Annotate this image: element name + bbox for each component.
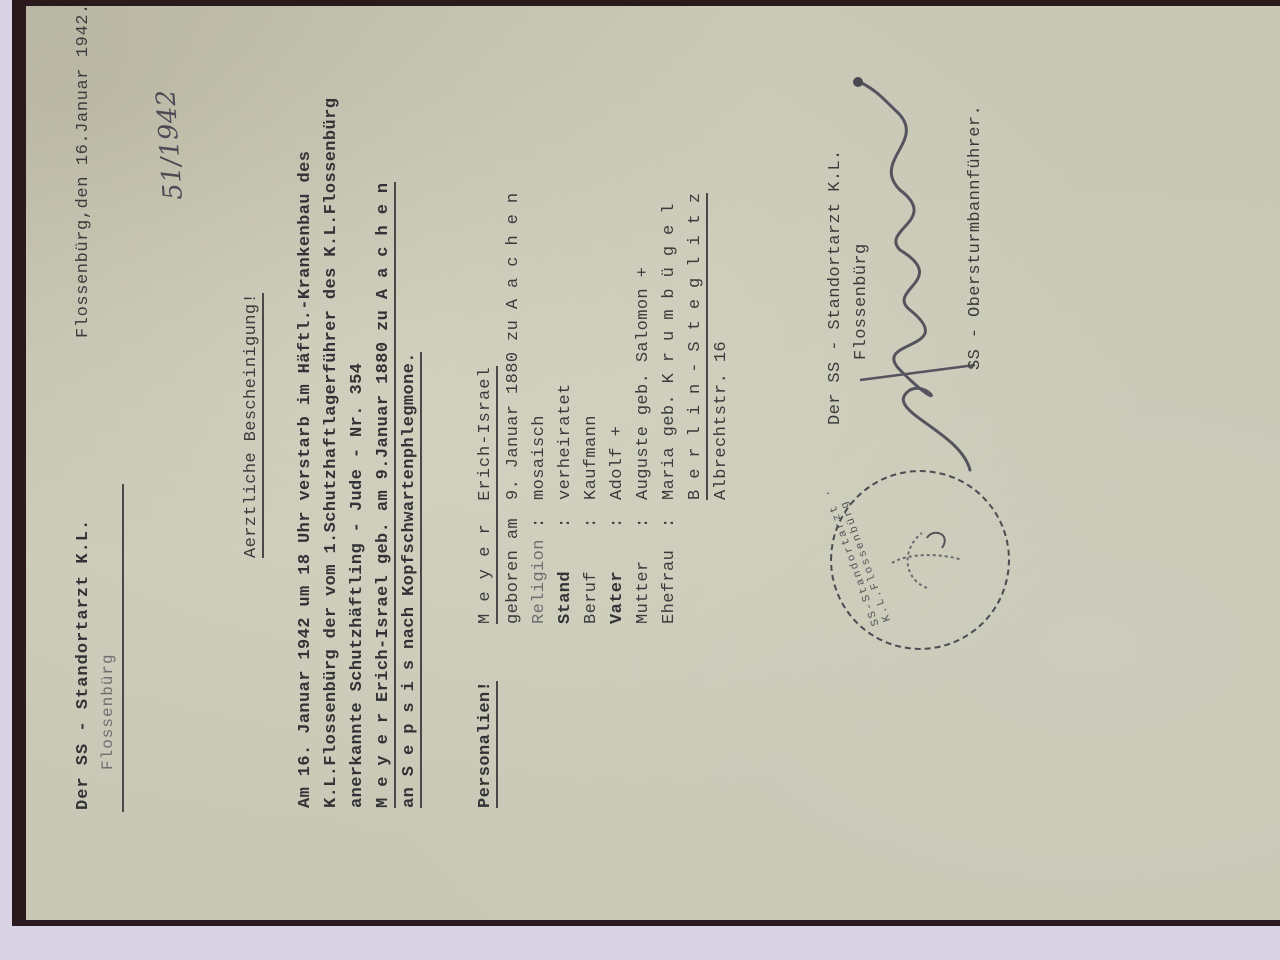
official-stamp: SS-Standortarzt · K.L.Flossenbürg — [830, 470, 1010, 650]
row-value: 9. Januar 1880 zu A a c h e n — [504, 193, 524, 500]
row-sep: : — [530, 517, 550, 528]
person-name: M e y e r Erich-Israel — [476, 366, 498, 624]
row-value: mosaisch — [530, 415, 550, 500]
row-value: Auguste geb. Salomon + — [634, 267, 654, 500]
row-value: Adolf + — [608, 426, 628, 500]
file-number-handwritten: 51/1942 — [156, 89, 184, 201]
row-label: Stand — [556, 571, 576, 624]
row-label: Mutter — [634, 560, 654, 624]
personalien-heading: Personalien! — [476, 681, 498, 808]
body-line-3: anerkannte Schutzhäftling - Jude - Nr. 3… — [348, 363, 368, 808]
body-line-2: K.L.Flossenbürg der vom 1.Schutzhaftlage… — [322, 98, 342, 808]
address-line-2: Albrechtstr. 16 — [712, 341, 732, 500]
row-label: Ehefrau — [660, 550, 680, 624]
address-line-1: B e r l i n - S t e g l i t z — [686, 193, 708, 500]
row-label: Beruf — [582, 571, 602, 624]
body-line-5: an S e p s i s nach Kopfschwartenphlegmo… — [400, 352, 422, 808]
sender-line-2: Flossenbürg — [98, 653, 118, 770]
sender-line-1: Der SS - Standortarzt K.L. — [74, 519, 94, 810]
row-label: geboren am — [504, 518, 524, 624]
row-sep: : — [634, 517, 654, 528]
row-value: verheiratet — [556, 383, 576, 500]
place-date: Flossenbürg,den 16.Januar 1942. — [74, 6, 94, 338]
row-label: Religion — [530, 539, 550, 624]
document-page: Der SS - Standortarzt K.L. Flossenbürg F… — [26, 6, 1280, 920]
row-sep: : — [660, 517, 680, 528]
body-line-4: M e y e r Erich-Israel geb. am 9.Januar … — [374, 183, 396, 809]
signatory-rank: SS - Obersturmbannführer. — [966, 105, 986, 370]
row-sep: : — [608, 517, 628, 528]
row-value: Maria geb. K r u m b ü g e l — [660, 203, 680, 500]
row-sep: : — [582, 517, 602, 528]
document-title: Aerztliche Bescheinigung! — [242, 293, 264, 558]
sender-underline — [122, 484, 124, 812]
row-value: Kaufmann — [582, 415, 602, 500]
row-label: Vater — [608, 571, 628, 624]
row-sep: : — [556, 517, 576, 528]
body-line-1: Am 16. Januar 1942 um 18 Uhr verstarb im… — [296, 151, 316, 808]
eagle-emblem-icon — [832, 472, 1008, 648]
document-photo: Der SS - Standortarzt K.L. Flossenbürg F… — [26, 6, 1280, 920]
